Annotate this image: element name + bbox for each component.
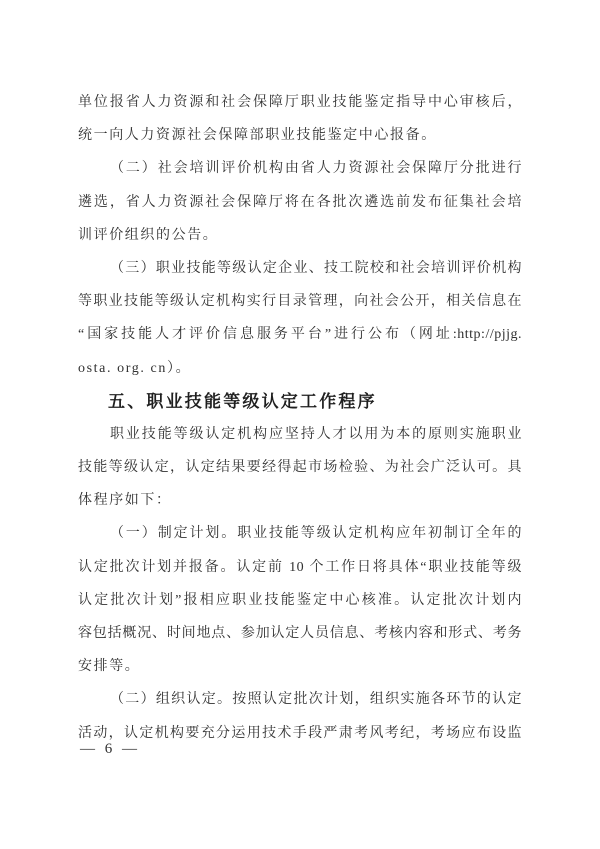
text-line: 认定批次计划并报备。认定前 10 个工作日将具体“职业技能等级	[78, 551, 522, 584]
text-line: 职业技能等级认定机构应坚持人才以用为本的原则实施职业	[78, 418, 522, 451]
text-block: 单位报省人力资源和社会保障厅职业技能鉴定指导中心审核后，统一向人力资源社会保障部…	[78, 86, 522, 750]
text-line: （二）社会培训评价机构由省人力资源社会保障厅分批进行	[78, 152, 522, 185]
text-line: 活动，认定机构要充分运用技术手段严肃考风考纪，考场应布设监	[78, 717, 522, 750]
text-line: 容包括概况、时间地点、参加认定人员信息、考核内容和形式、考务	[78, 617, 522, 650]
text-line: 等职业技能等级认定机构实行目录管理，向社会公开，相关信息在	[78, 285, 522, 318]
page-number: — 6 —	[80, 738, 139, 760]
text-line: 技能等级认定，认定结果要经得起市场检验、为社会广泛认可。具	[78, 451, 522, 484]
text-line: （一）制定计划。职业技能等级认定机构应年初制订全年的	[78, 517, 522, 550]
text-line: osta. org. cn）。	[78, 352, 522, 385]
text-line: （二）组织认定。按照认定批次计划，组织实施各环节的认定	[78, 683, 522, 716]
text-line: 体程序如下：	[78, 484, 522, 517]
document-page: 单位报省人力资源和社会保障厅职业技能鉴定指导中心审核后，统一向人力资源社会保障部…	[0, 0, 600, 849]
section-heading: 五、职业技能等级认定工作程序	[78, 385, 522, 418]
text-line: 认定批次计划”报相应职业技能鉴定中心核准。认定批次计划内	[78, 584, 522, 617]
text-line: 安排等。	[78, 650, 522, 683]
text-line: 遴选，省人力资源社会保障厅将在各批次遴选前发布征集社会培	[78, 186, 522, 219]
text-line: 统一向人力资源社会保障部职业技能鉴定中心报备。	[78, 119, 522, 152]
text-line: 训评价组织的公告。	[78, 219, 522, 252]
text-line: 单位报省人力资源和社会保障厅职业技能鉴定指导中心审核后，	[78, 86, 522, 119]
text-line: （三）职业技能等级认定企业、技工院校和社会培训评价机构	[78, 252, 522, 285]
text-line: “国家技能人才评价信息服务平台”进行公布（网址:http://pjjg.	[78, 318, 522, 351]
